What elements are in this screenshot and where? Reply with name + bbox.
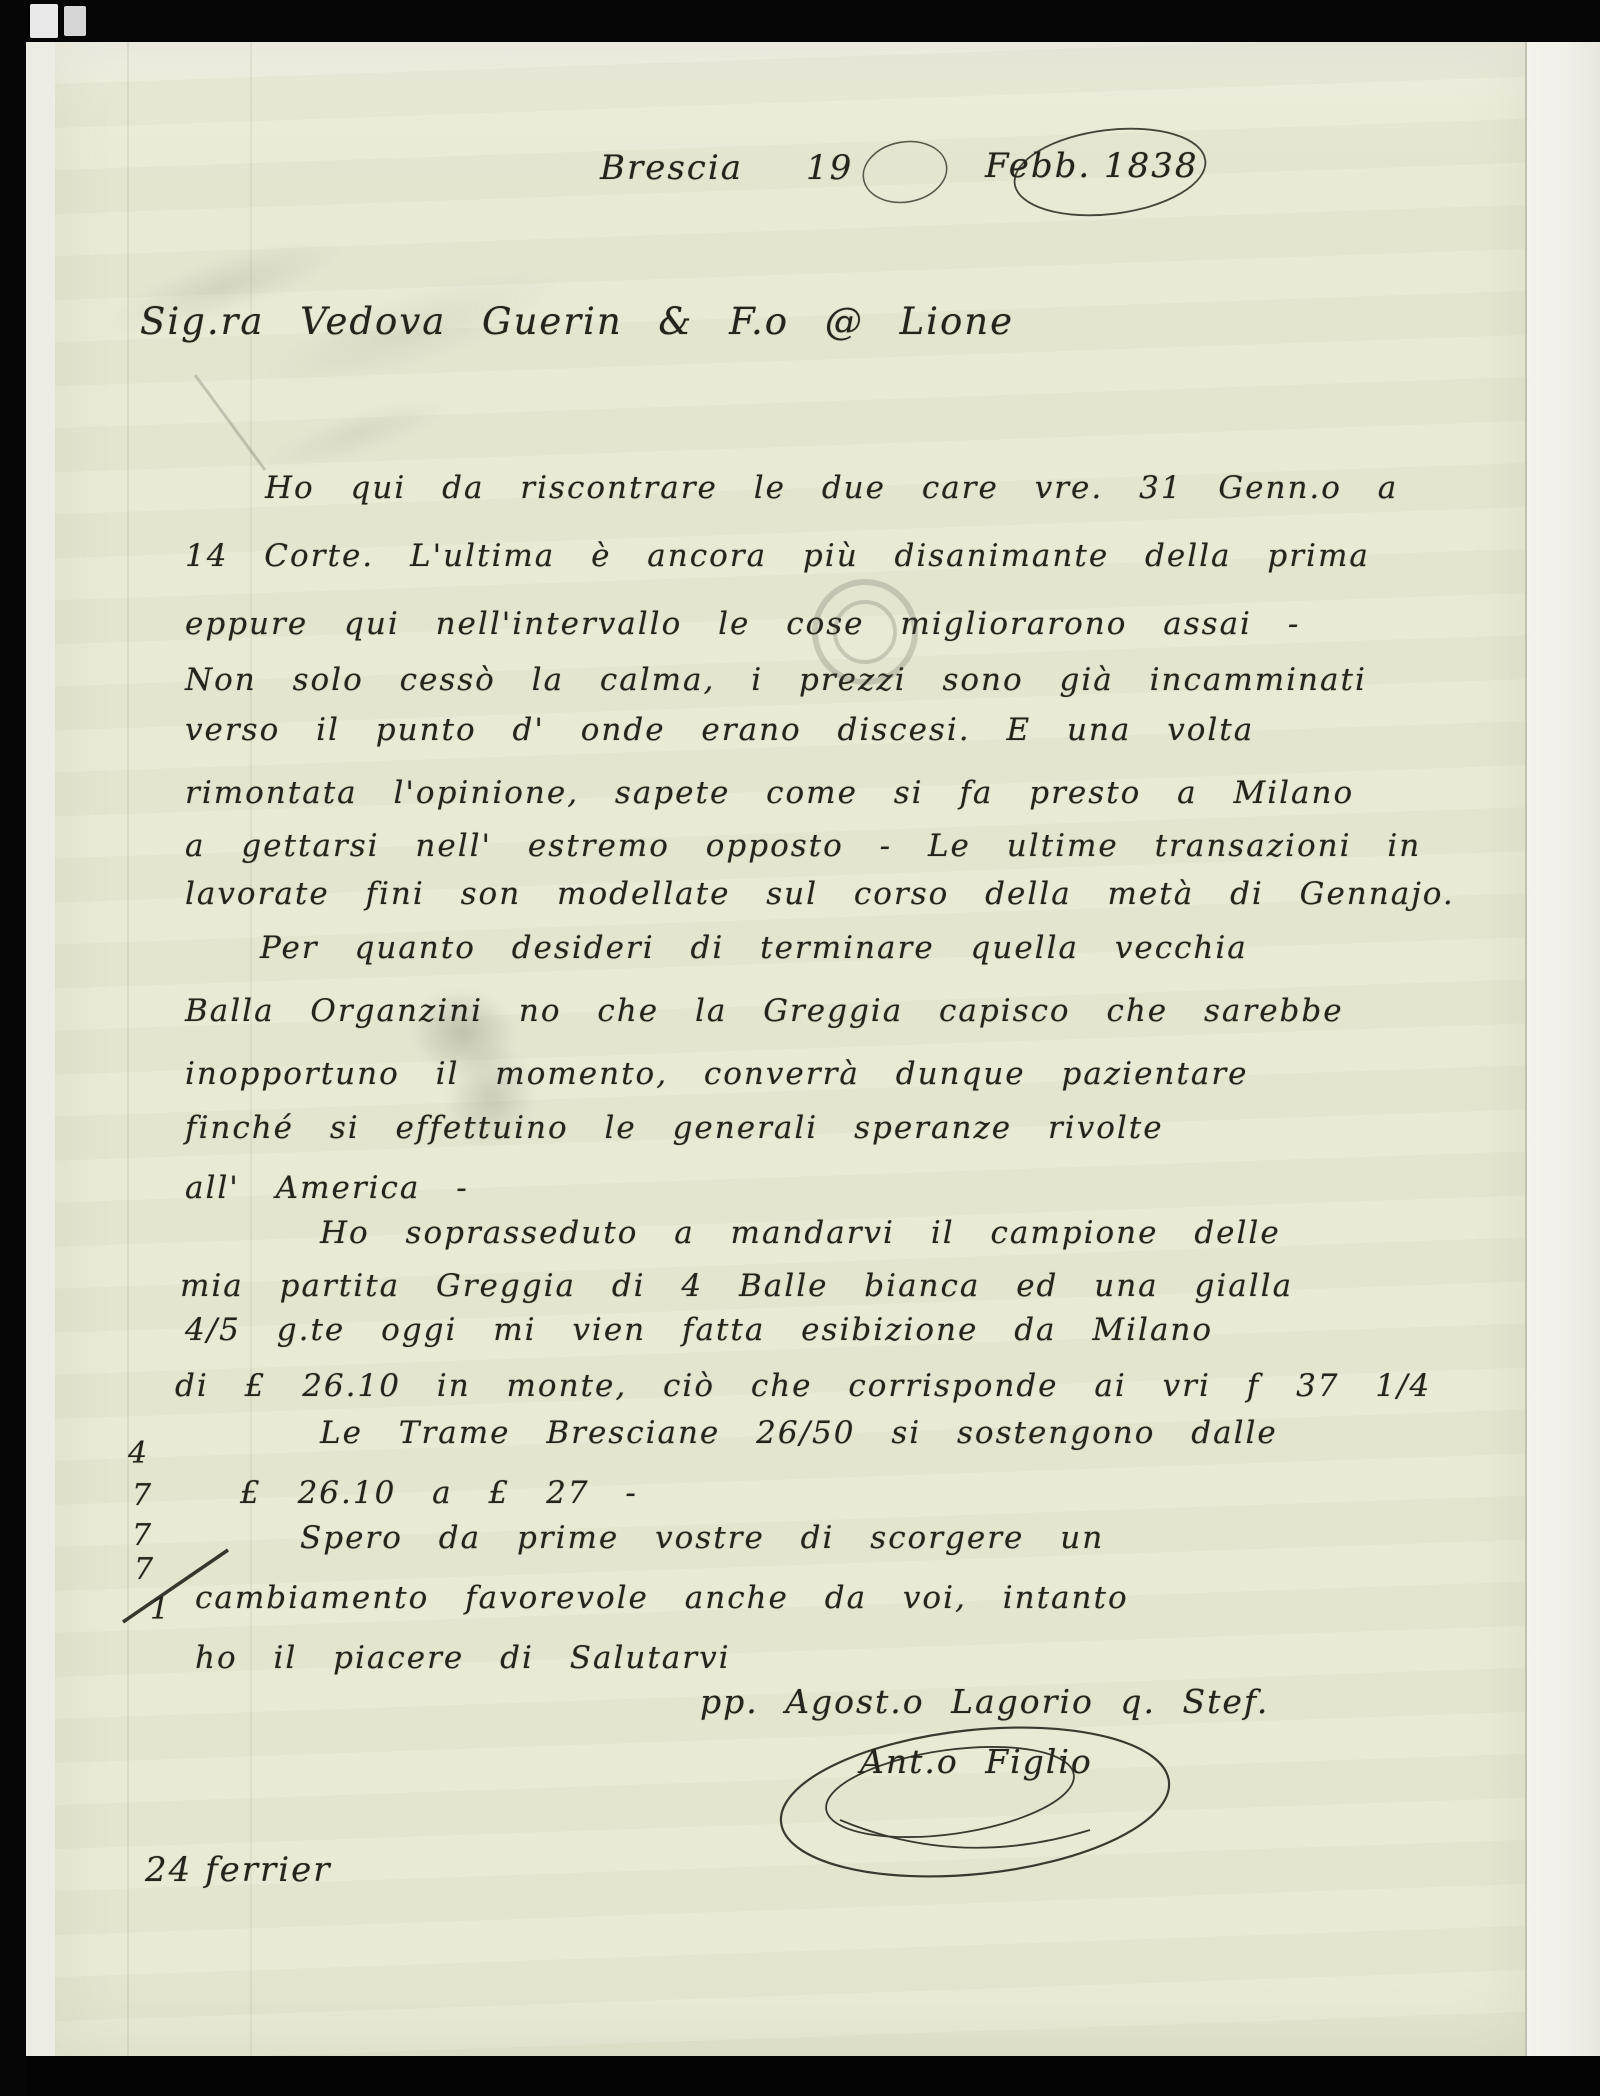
letter-line: Ho soprasseduto a mandarvi il campione d… <box>320 1215 1281 1251</box>
letter-line: Spero da prime vostre di scorgere un <box>300 1520 1104 1556</box>
letter-line: finché si effettuino le generali speranz… <box>185 1110 1164 1146</box>
letter-line: rimontata l'opinione, sapete come si fa … <box>185 775 1354 811</box>
letter-line: mia partita Greggia di 4 Balle bianca ed… <box>180 1268 1293 1304</box>
letter-line: Ho qui da riscontrare le due care vre. 3… <box>265 470 1398 506</box>
signature-person: Ant.o Figlio <box>860 1742 1093 1781</box>
letter-line: ho il piacere di Salutarvi <box>195 1640 731 1676</box>
letter-line: lavorate fini son modellate sul corso de… <box>185 876 1455 912</box>
scan-border-top <box>0 0 1600 42</box>
letter-line: eppure qui nell'intervallo le cose migli… <box>185 606 1300 642</box>
margin-tally-value: 7 <box>132 1518 151 1553</box>
addressee-line: Sig.ra Vedova Guerin & F.o @ Lione <box>140 300 1014 343</box>
letter-line: inopportuno il momento, converrà dunque … <box>185 1056 1249 1092</box>
letter-line: cambiamento favorevole anche da voi, int… <box>195 1580 1129 1616</box>
letter-line: 14 Corte. L'ultima è ancora più disanima… <box>185 538 1370 574</box>
scanned-letter-page: Brescia 19 Febb. 1838 Sig.ra Vedova Guer… <box>0 0 1600 2096</box>
letter-line: Non solo cessò la calma, i prezzi sono g… <box>185 662 1367 698</box>
margin-tally-value: 4 <box>128 1436 147 1471</box>
dateline-day: 19 <box>806 148 853 188</box>
letter-line: Balla Organzini no che la Greggia capisc… <box>185 993 1344 1029</box>
dateline-place: Brescia <box>600 148 743 188</box>
margin-tally-value: 7 <box>134 1552 153 1587</box>
letter-line: a gettarsi nell' estremo opposto - Le ul… <box>185 828 1421 864</box>
scan-border-left <box>0 0 26 2096</box>
letter-line: di £ 26.10 in monte, ciò che corrisponde… <box>175 1368 1431 1404</box>
letter-line: verso il punto d' onde erano discesi. E … <box>185 712 1254 748</box>
margin-tally-value: 1 <box>150 1592 169 1627</box>
letter-line: 4/5 g.te oggi mi vien fatta esibizione d… <box>185 1312 1213 1348</box>
film-edge-mark <box>30 4 58 38</box>
signature-company: pp. Agost.o Lagorio q. Stef. <box>700 1682 1269 1721</box>
margin-tally-value: 7 <box>132 1478 151 1513</box>
film-edge-mark <box>64 6 86 36</box>
letter-line: £ 26.10 a £ 27 - <box>240 1475 638 1511</box>
scan-border-bottom <box>0 2056 1600 2096</box>
page-right-edge <box>1527 42 1600 2056</box>
letter-line: all' America - <box>185 1170 469 1206</box>
letter-line: Per quanto desideri di terminare quella … <box>260 930 1248 966</box>
docket-note: 24 ferrier <box>145 1850 332 1890</box>
letter-line: Le Trame Bresciane 26/50 si sostengono d… <box>320 1415 1278 1451</box>
dateline-month-year: Febb. 1838 <box>985 146 1199 186</box>
